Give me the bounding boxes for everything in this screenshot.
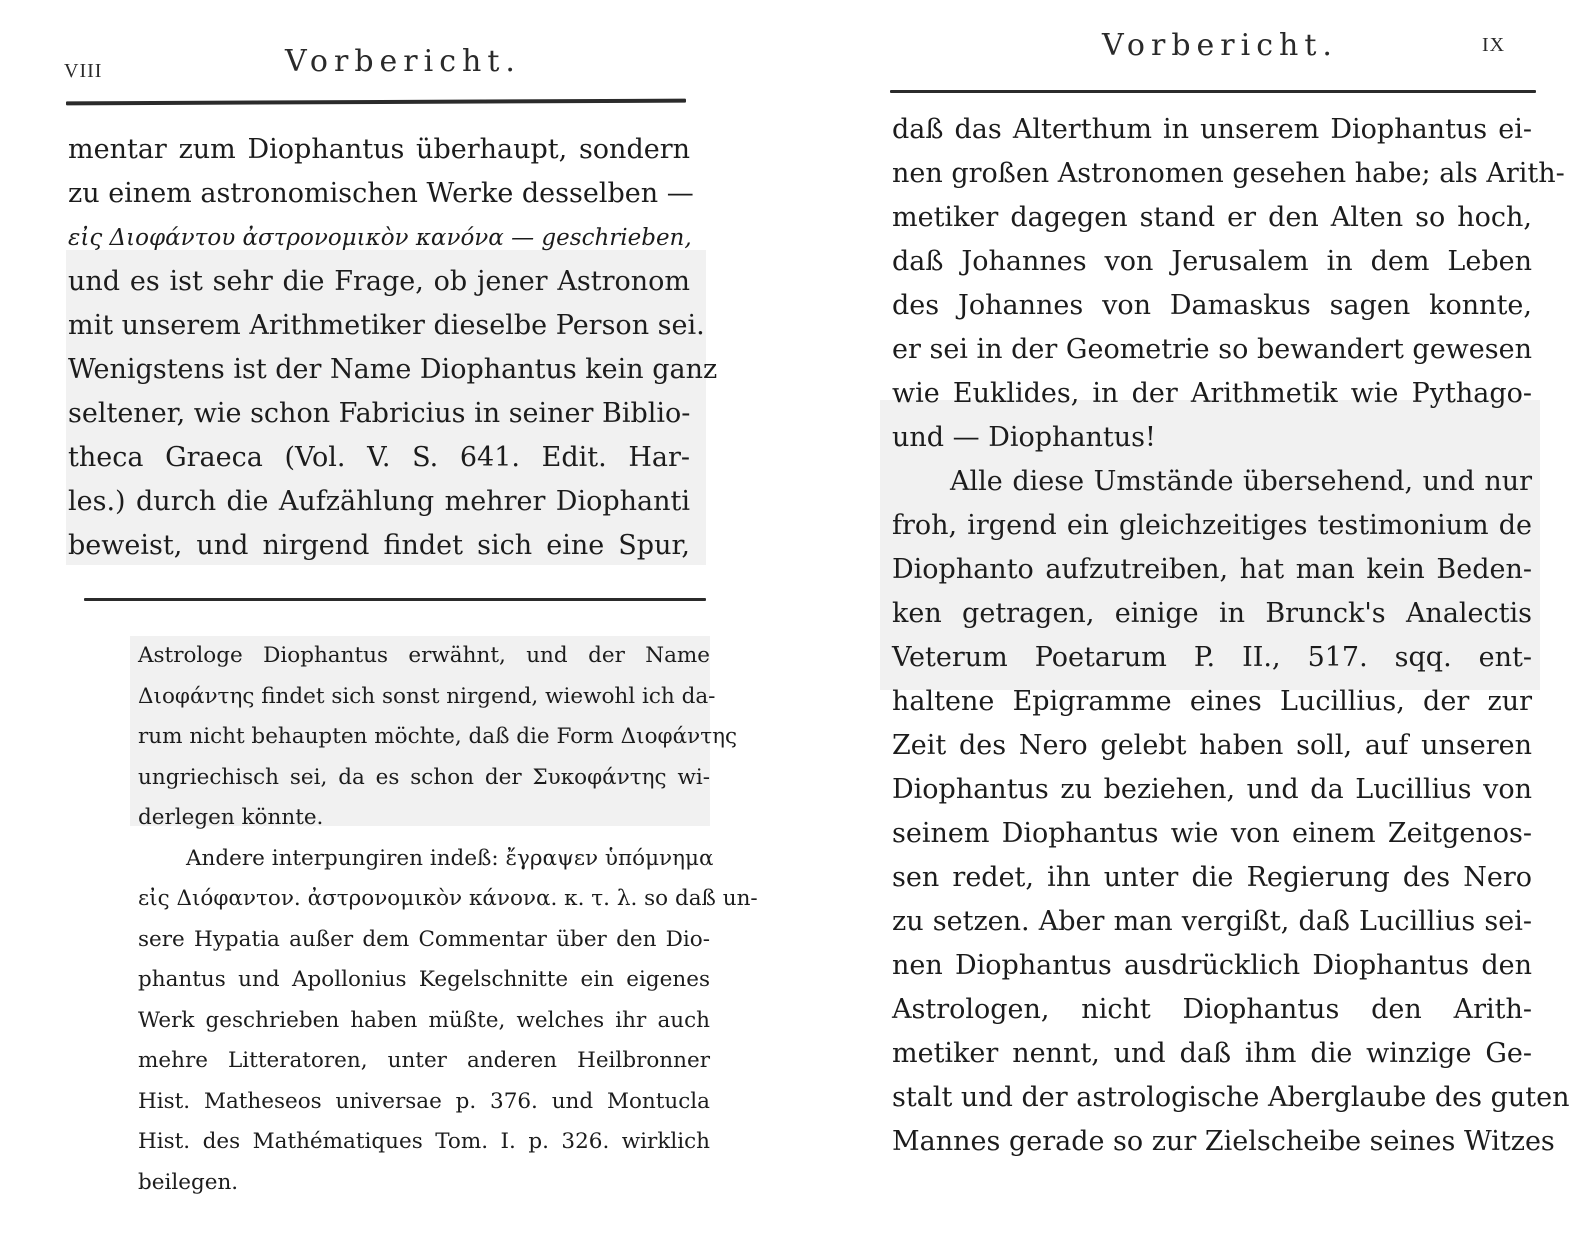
text-line: nen Diophantus ausdrücklich Diophantus d… <box>892 944 1532 988</box>
text-line: zu einem astronomischen Werke desselben … <box>68 172 690 216</box>
text-line: daß Johannes von Jerusalem in dem Leben <box>892 240 1532 284</box>
header-rule <box>890 90 1536 93</box>
footnote-line: mehre Litteratoren, unter anderen Heilbr… <box>138 1041 710 1082</box>
footnote-line: derlegen könnte. <box>138 798 710 839</box>
text-line: Diophantus zu beziehen, und da Lucillius… <box>892 768 1532 812</box>
footnote-line: Werk geschrieben haben müßte, welches ih… <box>138 1001 710 1042</box>
footnote-rule <box>84 598 706 601</box>
text-line: Wenigstens ist der Name Diophantus kein … <box>68 348 690 392</box>
text-line: beweist, und nirgend findet sich eine Sp… <box>68 524 690 568</box>
text-line: haltene Epigramme eines Lucillius, der z… <box>892 680 1532 724</box>
text-line: nen großen Astronomen gesehen habe; als … <box>892 152 1532 196</box>
text-line: Zeit des Nero gelebt haben soll, auf uns… <box>892 724 1532 768</box>
footnote-line: Andere interpungiren indeß: ἔγραψεν ὑπόμ… <box>138 839 710 880</box>
text-line: mentar zum Diophantus überhaupt, sondern <box>68 128 690 172</box>
footnote-line: beilegen. <box>138 1163 710 1204</box>
footnote-line: εἰς Διόφαντον. ἀστρονομικὸν κάνονα. κ. τ… <box>138 879 710 920</box>
text-line: und es ist sehr die Frage, ob jener Astr… <box>68 260 690 304</box>
footnote-line: Hist. Matheseos universae p. 376. und Mo… <box>138 1082 710 1123</box>
right-page: Vorbericht. IX daß das Alterthum in unse… <box>860 0 1592 1234</box>
main-text-block: daß das Alterthum in unserem Diophantus … <box>892 108 1532 1164</box>
text-line: theca Graeca (Vol. V. S. 641. Edit. Har- <box>68 436 690 480</box>
text-line: Veterum Poetarum P. II., 517. sqq. ent- <box>892 636 1532 680</box>
footnote-line: phantus und Apollonius Kegelschnitte ein… <box>138 960 710 1001</box>
text-line: Alle diese Umstände übersehend, und nur <box>892 460 1532 504</box>
left-page: VIII Vorbericht. mentar zum Diophantus ü… <box>0 0 760 1234</box>
main-text-block: mentar zum Diophantus überhaupt, sondern… <box>68 128 690 568</box>
running-head: Vorbericht. <box>1102 28 1338 63</box>
text-line: froh, irgend ein gleichzeitiges testimon… <box>892 504 1532 548</box>
footnote-line: rum nicht behaupten möchte, daß die Form… <box>138 717 710 758</box>
text-line: mit unserem Arithmetiker dieselbe Person… <box>68 304 690 348</box>
footnote-line: sere Hypatia außer dem Commentar über de… <box>138 920 710 961</box>
header-rule <box>66 99 686 106</box>
footnote-block: Astrologe Diophantus erwähnt, und der Na… <box>138 636 710 1203</box>
text-line: stalt und der astrologische Aberglaube d… <box>892 1076 1532 1120</box>
text-line: zu setzen. Aber man vergißt, daß Lucilli… <box>892 900 1532 944</box>
footnote-line: Διοφάντης findet sich sonst nirgend, wie… <box>138 677 710 718</box>
text-line: und — Diophantus! <box>892 416 1532 460</box>
footnote-line: Hist. des Mathématiques Tom. I. p. 326. … <box>138 1122 710 1163</box>
text-line: metiker nennt, und daß ihm die winzige G… <box>892 1032 1532 1076</box>
text-line: er sei in der Geometrie so bewandert gew… <box>892 328 1532 372</box>
text-line: seltener, wie schon Fabricius in seiner … <box>68 392 690 436</box>
text-line: les.) durch die Aufzählung mehrer Diopha… <box>68 480 690 524</box>
text-line: Mannes gerade so zur Zielscheibe seines … <box>892 1120 1532 1164</box>
footnote-line: Astrologe Diophantus erwähnt, und der Na… <box>138 636 710 677</box>
text-line: seinem Diophantus wie von einem Zeitgeno… <box>892 812 1532 856</box>
text-line: Astrologen, nicht Diophantus den Arith- <box>892 988 1532 1032</box>
text-line: daß das Alterthum in unserem Diophantus … <box>892 108 1532 152</box>
text-line: ken getragen, einige in Brunck's Analect… <box>892 592 1532 636</box>
text-line: metiker dagegen stand er den Alten so ho… <box>892 196 1532 240</box>
text-line: εἰς Διοφάντου ἀστρονομικὸν κανόνα — gesc… <box>68 216 690 260</box>
text-line: wie Euklides, in der Arithmetik wie Pyth… <box>892 372 1532 416</box>
text-line: des Johannes von Damaskus sagen konnte, <box>892 284 1532 328</box>
page-number: VIII <box>64 60 102 83</box>
running-head: Vorbericht. <box>285 44 521 79</box>
footnote-line: ungriechisch sei, da es schon der Συκοφά… <box>138 758 710 799</box>
page-number: IX <box>1482 34 1505 57</box>
text-line: Diophanto aufzutreiben, hat man kein Bed… <box>892 548 1532 592</box>
text-line: sen redet, ihn unter die Regierung des N… <box>892 856 1532 900</box>
